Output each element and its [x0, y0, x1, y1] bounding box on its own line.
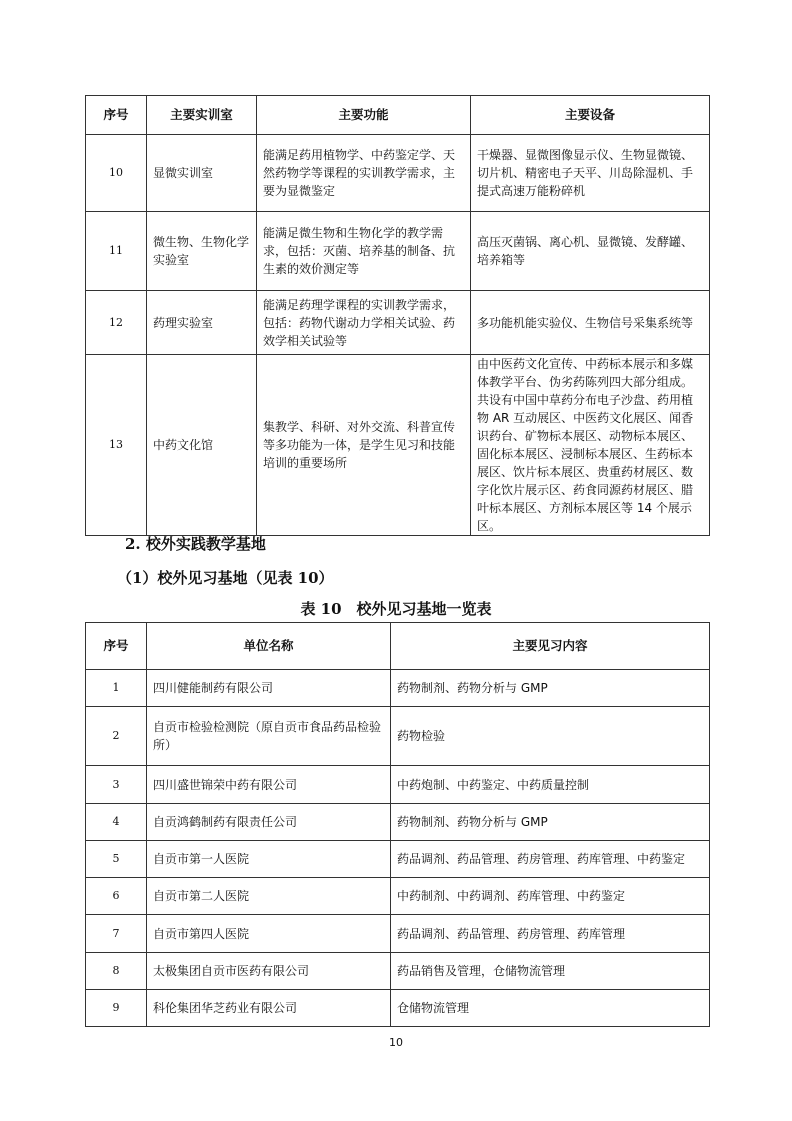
- row-name: 自贡市第四人医院: [147, 915, 391, 953]
- row-function: 能满足药理学课程的实训教学需求，包括：药物代谢动力学相关试验、药效学相关试验等: [257, 291, 471, 355]
- page-number: 10: [0, 1036, 792, 1049]
- subsection-heading: （1）校外见习基地（见表 10）: [117, 567, 334, 588]
- row-no: 10: [86, 135, 147, 212]
- row-function: 能满足药用植物学、中药鉴定学、天然药物学等课程的实训教学需求，主要为显微鉴定: [257, 135, 471, 212]
- col-header-equipment: 主要设备: [471, 96, 710, 135]
- table-header-row: 序号 主要实训室 主要功能 主要设备: [86, 96, 710, 135]
- row-no: 8: [86, 953, 147, 990]
- row-room: 显微实训室: [147, 135, 257, 212]
- row-no: 5: [86, 841, 147, 878]
- row-equipment: 由中医药文化宣传、中药标本展示和多媒体教学平台、伪劣药陈列四大部分组成。共设有中…: [471, 355, 710, 536]
- row-content: 中药炮制、中药鉴定、中药质量控制: [391, 766, 710, 804]
- row-content: 药物制剂、药物分析与 GMP: [391, 804, 710, 841]
- table-caption: 表 10 校外见习基地一览表: [0, 598, 792, 619]
- row-function: 集教学、科研、对外交流、科普宣传等多功能为一体，是学生见习和技能培训的重要场所: [257, 355, 471, 536]
- row-name: 自贡市检验检测院（原自贡市食品药品检验所）: [147, 707, 391, 766]
- table-row: 7 自贡市第四人医院 药品调剂、药品管理、药房管理、药库管理: [86, 915, 710, 953]
- row-content: 中药制剂、中药调剂、药库管理、中药鉴定: [391, 878, 710, 915]
- row-no: 12: [86, 291, 147, 355]
- row-content: 药品销售及管理，仓储物流管理: [391, 953, 710, 990]
- col-header-no: 序号: [86, 623, 147, 670]
- row-name: 太极集团自贡市医药有限公司: [147, 953, 391, 990]
- row-name: 自贡鸿鹤制药有限责任公司: [147, 804, 391, 841]
- table-row: 12 药理实验室 能满足药理学课程的实训教学需求，包括：药物代谢动力学相关试验、…: [86, 291, 710, 355]
- table-row: 4 自贡鸿鹤制药有限责任公司 药物制剂、药物分析与 GMP: [86, 804, 710, 841]
- col-header-name: 单位名称: [147, 623, 391, 670]
- row-no: 4: [86, 804, 147, 841]
- row-no: 9: [86, 990, 147, 1027]
- table-row: 10 显微实训室 能满足药用植物学、中药鉴定学、天然药物学等课程的实训教学需求，…: [86, 135, 710, 212]
- col-header-room: 主要实训室: [147, 96, 257, 135]
- col-header-function: 主要功能: [257, 96, 471, 135]
- table-row: 1 四川健能制药有限公司 药物制剂、药物分析与 GMP: [86, 670, 710, 707]
- row-room: 微生物、生物化学实验室: [147, 212, 257, 291]
- row-function: 能满足微生物和生物化学的教学需求，包括：灭菌、培养基的制备、抗生素的效价测定等: [257, 212, 471, 291]
- table-row: 11 微生物、生物化学实验室 能满足微生物和生物化学的教学需求，包括：灭菌、培养…: [86, 212, 710, 291]
- row-content: 药物检验: [391, 707, 710, 766]
- row-equipment: 干燥器、显微图像显示仪、生物显微镜、切片机、精密电子天平、川岛除湿机、手提式高速…: [471, 135, 710, 212]
- table-row: 5 自贡市第一人医院 药品调剂、药品管理、药房管理、药库管理、中药鉴定: [86, 841, 710, 878]
- col-header-no: 序号: [86, 96, 147, 135]
- row-no: 1: [86, 670, 147, 707]
- row-name: 自贡市第一人医院: [147, 841, 391, 878]
- table-header-row: 序号 单位名称 主要见习内容: [86, 623, 710, 670]
- row-name: 自贡市第二人医院: [147, 878, 391, 915]
- row-name: 四川盛世锦荣中药有限公司: [147, 766, 391, 804]
- section-heading: 2. 校外实践教学基地: [125, 533, 266, 554]
- row-content: 药品调剂、药品管理、药房管理、药库管理: [391, 915, 710, 953]
- row-no: 3: [86, 766, 147, 804]
- practice-base-table: 序号 单位名称 主要见习内容 1 四川健能制药有限公司 药物制剂、药物分析与 G…: [85, 622, 710, 1027]
- row-no: 13: [86, 355, 147, 536]
- table-row: 8 太极集团自贡市医药有限公司 药品销售及管理，仓储物流管理: [86, 953, 710, 990]
- col-header-content: 主要见习内容: [391, 623, 710, 670]
- row-no: 7: [86, 915, 147, 953]
- table-row: 2 自贡市检验检测院（原自贡市食品药品检验所） 药物检验: [86, 707, 710, 766]
- row-no: 11: [86, 212, 147, 291]
- row-equipment: 多功能机能实验仪、生物信号采集系统等: [471, 291, 710, 355]
- row-name: 科伦集团华芝药业有限公司: [147, 990, 391, 1027]
- row-content: 药物制剂、药物分析与 GMP: [391, 670, 710, 707]
- row-no: 6: [86, 878, 147, 915]
- table-row: 9 科伦集团华芝药业有限公司 仓储物流管理: [86, 990, 710, 1027]
- row-no: 2: [86, 707, 147, 766]
- row-equipment: 高压灭菌锅、离心机、显微镜、发酵罐、培养箱等: [471, 212, 710, 291]
- row-content: 药品调剂、药品管理、药房管理、药库管理、中药鉴定: [391, 841, 710, 878]
- table-row: 6 自贡市第二人医院 中药制剂、中药调剂、药库管理、中药鉴定: [86, 878, 710, 915]
- row-room: 中药文化馆: [147, 355, 257, 536]
- table-row: 13 中药文化馆 集教学、科研、对外交流、科普宣传等多功能为一体，是学生见习和技…: [86, 355, 710, 536]
- table-row: 3 四川盛世锦荣中药有限公司 中药炮制、中药鉴定、中药质量控制: [86, 766, 710, 804]
- row-name: 四川健能制药有限公司: [147, 670, 391, 707]
- lab-table: 序号 主要实训室 主要功能 主要设备 10 显微实训室 能满足药用植物学、中药鉴…: [85, 95, 710, 536]
- row-content: 仓储物流管理: [391, 990, 710, 1027]
- row-room: 药理实验室: [147, 291, 257, 355]
